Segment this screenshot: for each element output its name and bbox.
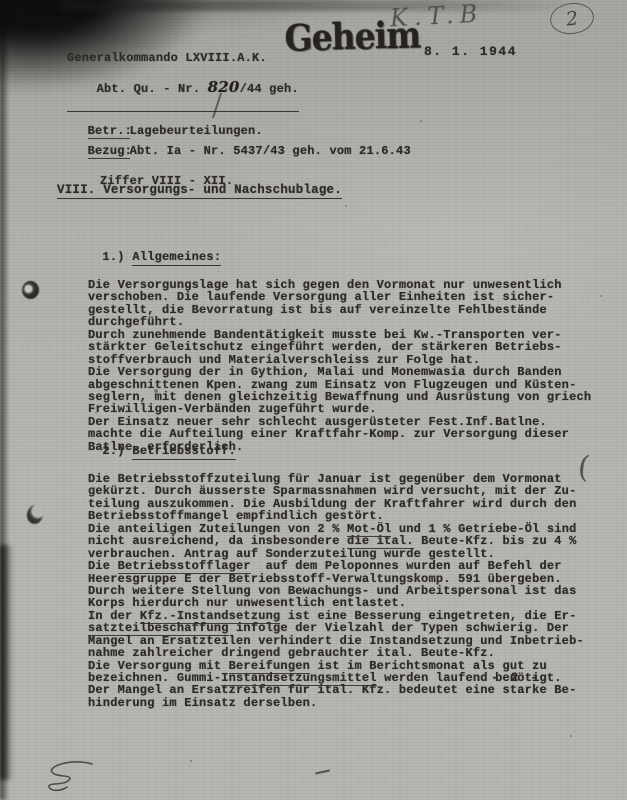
section-heading: VIII. Versorgungs- und Nachschublage. xyxy=(57,183,342,199)
section-betriebsstoff: 2.)Betriebsstoff. Die Betriebsstoffzutei… xyxy=(58,402,618,737)
section-2-number: 2.) xyxy=(102,444,132,458)
section-2-title: Betriebsstoff. xyxy=(132,444,236,460)
circled-page-number: 2 xyxy=(548,0,595,36)
section-1-head: 1.)Allgemeines: xyxy=(58,236,618,249)
section-1-title: Allgemeines: xyxy=(132,250,221,266)
bezug-line: Bezug:Abt. Ia - Nr. 5437/43 geh. vom 21.… xyxy=(58,130,411,216)
section-2-head: 2.)Betriebsstoff. xyxy=(58,430,618,443)
scan-shadow-top-edge xyxy=(60,0,580,11)
bezug-label: Bezug: xyxy=(88,144,130,159)
section-1-number: 1.) xyxy=(102,250,132,264)
scan-shadow-left-edge xyxy=(0,0,9,800)
scan-shadow-left-lower xyxy=(0,545,13,780)
unit-name: Generalkommando LXVIII.A.K. xyxy=(67,51,267,65)
geheim-stamp: Geheim xyxy=(284,13,421,59)
page-number: - 2 - xyxy=(491,670,540,685)
bezug-text-line1: Abt. Ia - Nr. 5437/43 geh. vom 21.6.43 xyxy=(130,144,411,158)
punch-hole xyxy=(25,504,45,526)
paragraph-line: hinderung im Einsatz derselben. xyxy=(88,697,618,709)
punch-hole xyxy=(22,281,39,299)
file-reference: Abt. Qu. - Nr. 820/44 geh. xyxy=(67,64,299,112)
file-reference-suffix: /44 geh. xyxy=(240,82,299,96)
handwritten-file-number: 820 xyxy=(208,78,240,96)
circled-number-text: 2 xyxy=(565,7,580,30)
pencil-dash xyxy=(315,769,330,774)
text-segment: hinderung im Einsatz derselben. xyxy=(88,696,317,710)
document-date: 8. 1. 1944 xyxy=(424,44,517,59)
file-reference-prefix: Abt. Qu. - Nr. xyxy=(97,82,208,96)
document-page: K.T.B 2 ( Geheim 8. 1. 1944 Generalkomma… xyxy=(0,0,627,800)
pencil-squiggle xyxy=(38,757,100,795)
paper-specks xyxy=(0,0,2,2)
